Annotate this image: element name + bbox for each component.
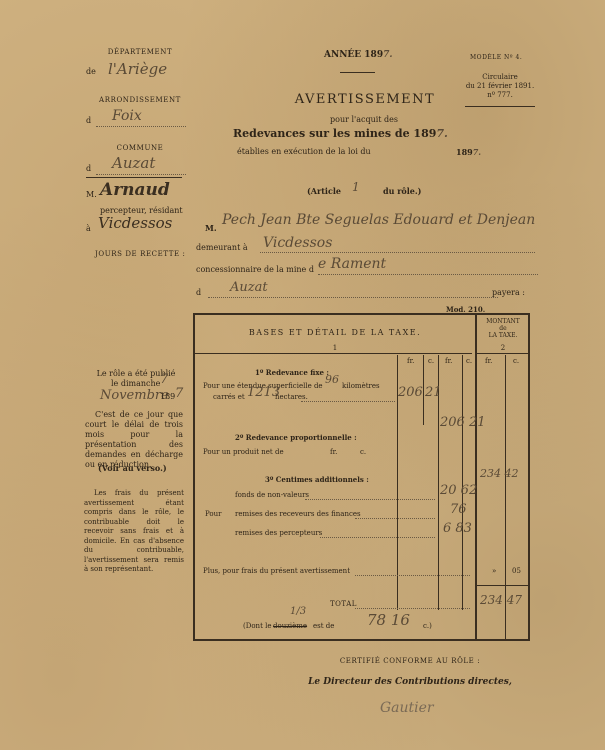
title-sub1: pour l'acquit des: [330, 115, 398, 124]
circulaire-line2: du 21 février 1891.: [455, 82, 545, 90]
article-label: (Article: [307, 186, 341, 196]
s1-fr: 206: [398, 385, 423, 400]
payera-label: payera :: [492, 288, 525, 297]
jours-recette-label: JOURS DE RECETTE :: [95, 250, 186, 258]
demeurant-label: demeurant à: [196, 243, 248, 252]
role-day: 7: [160, 372, 168, 387]
signature: Gautier: [380, 700, 434, 716]
commune-value: Auzat: [112, 154, 155, 172]
section-subtotal: 234 42: [480, 467, 519, 480]
douzieme-value: 78 16: [367, 611, 410, 629]
arrondissement-label: ARRONDISSEMENT: [95, 96, 185, 104]
section3-title: 3º Centimes additionnels :: [265, 475, 369, 484]
commune-value-2: Auzat: [230, 280, 268, 295]
total-label: TOTAL: [330, 600, 357, 608]
residence-value: Vicdessos: [98, 214, 172, 232]
certifie-label: CERTIFIÉ CONFORME AU RÔLE :: [300, 657, 520, 665]
departement-value: l'Ariège: [108, 60, 167, 78]
commune-prefix-2: d: [196, 288, 201, 297]
s1-subtotal: 206 21: [440, 415, 486, 430]
section1-title: 1º Redevance fixe :: [255, 368, 329, 377]
section2-title: 2º Redevance proportionnelle :: [235, 433, 357, 442]
title-sub3: établies en exécution de la loi du: [237, 147, 371, 156]
contributor-name: Pech Jean Bte Seguelas Edouard et Denjea…: [222, 212, 535, 228]
remises-percepteurs-value: 6 83: [443, 521, 472, 536]
remises-receveurs-value: 76: [450, 502, 467, 517]
m-label: M.: [205, 223, 217, 233]
circulaire-line3: nº 777.: [455, 91, 545, 99]
non-valeurs-value: 20 62: [440, 483, 477, 498]
frais-label: Plus, pour frais du présent avertissemen…: [203, 567, 350, 575]
circulaire-line1: Circulaire: [455, 73, 545, 81]
tax-notice-document: DÉPARTEMENT de l'Ariège ARRONDISSEMENT d…: [0, 0, 605, 750]
modele-number: MODÈLE Nº 4.: [470, 54, 522, 61]
directeur-label: Le Directeur des Contributions directes,: [300, 677, 520, 687]
departement-prefix: de: [86, 67, 96, 76]
title-sub3-year: 1897.: [456, 147, 481, 157]
demeurant-value: Vicdessos: [263, 235, 332, 251]
role-year-value: 7: [175, 386, 183, 401]
col1-header: BASES ET DÉTAIL DE LA TAXE.: [195, 328, 475, 337]
title-sub2: Redevances sur les mines de 1897.: [233, 127, 448, 140]
arrondissement-prefix: d: [86, 116, 91, 125]
percepteur-prefix: M.: [86, 190, 97, 199]
delai-text: C'est de ce jour que court le délai de t…: [85, 410, 183, 470]
residence-prefix: à: [86, 224, 91, 233]
tax-detail-table: BASES ET DÉTAIL DE LA TAXE. 1 MONTANT de…: [193, 313, 530, 641]
arrondissement-value: Foix: [112, 108, 142, 124]
km-value: 96: [325, 373, 339, 386]
concession-value: e Rament: [318, 256, 386, 272]
role-month: Novembre: [100, 388, 169, 403]
total-value: 234 47: [480, 593, 522, 607]
annee-label: ANNÉE 1897.: [324, 50, 392, 60]
concession-label: concessionnaire de la mine d: [196, 265, 314, 274]
divider: [86, 177, 182, 178]
role-dimanche: le dimanche: [111, 379, 160, 388]
frais-text: Les frais du présent avertissement étant…: [84, 489, 184, 575]
role-year: 189: [160, 392, 175, 401]
article-value: 1: [352, 180, 360, 194]
commune-prefix: d: [86, 164, 91, 173]
commune-label: COMMUNE: [95, 144, 185, 152]
document-title: AVERTISSEMENT: [270, 92, 460, 107]
departement-label: DÉPARTEMENT: [95, 48, 185, 56]
col2-header: MONTANT de LA TAXE.: [477, 318, 529, 339]
douzieme-fraction: 1/3: [290, 606, 306, 617]
douzieme-label: (Dont le: [243, 622, 272, 630]
voir-verso: (Voir au verso.): [98, 463, 167, 473]
role-label: du rôle.): [383, 186, 421, 196]
percepteur-name: Arnaud: [100, 180, 170, 200]
s1-c: 21: [425, 385, 442, 400]
role-publie: Le rôle a été publié: [86, 369, 186, 378]
